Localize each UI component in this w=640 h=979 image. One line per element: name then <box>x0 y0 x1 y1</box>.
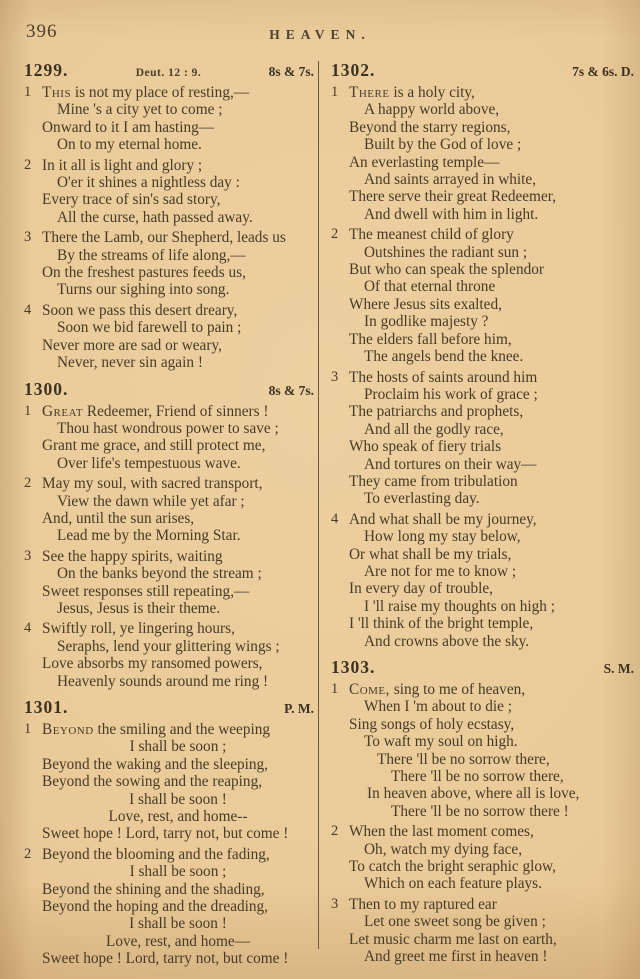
verse: 2The meanest child of gloryOutshines the… <box>331 226 634 365</box>
hymn-line: 3Then to my raptured ear <box>331 896 634 913</box>
hymn-line: Love absorbs my ransomed powers, <box>24 655 314 672</box>
verse: 2May my soul, with sacred transport,View… <box>24 475 314 545</box>
line-text: Or what shall be my trials, <box>349 546 511 563</box>
hymn-line: 1This is not my place of resting,— <box>24 84 314 101</box>
line-text: Redeemer, Friend of sinners ! <box>87 403 269 420</box>
line-text: All the curse, hath passed away. <box>57 209 253 226</box>
verse-number: 4 <box>331 511 338 528</box>
hymn-line: Sweet hope ! Lord, tarry not, but come ! <box>24 825 314 842</box>
line-text: In every day of trouble, <box>349 580 493 597</box>
verse-number: 1 <box>24 721 31 738</box>
hymn-line: I shall be soon ! <box>24 915 314 932</box>
hymn-line: Built by the God of love ; <box>331 136 634 153</box>
hymn-line: I shall be soon ! <box>24 791 314 808</box>
line-text: An everlasting temple— <box>349 154 499 171</box>
hymn-line: Heavenly sounds around me ring ! <box>24 673 314 690</box>
hymn-line: On the banks beyond the stream ; <box>24 565 314 582</box>
line-text: And tortures on their way— <box>364 456 536 473</box>
hymn-line: In godlike majesty ? <box>331 313 634 330</box>
hymn-line: Where Jesus sits exalted, <box>331 296 634 313</box>
hymn-line: View the dawn while yet afar ; <box>24 493 314 510</box>
hymn-line: And dwell with him in light. <box>331 206 634 223</box>
lead-word: This <box>42 84 71 101</box>
line-text: The hosts of saints around him <box>349 369 537 386</box>
line-text: To catch the bright seraphic glow, <box>349 858 556 875</box>
hymn-line: All the curse, hath passed away. <box>24 209 314 226</box>
hymn-line: There 'll be no sorrow there, <box>331 768 634 785</box>
line-text: Where Jesus sits exalted, <box>349 296 502 313</box>
hymn-line: But who can speak the splendor <box>331 261 634 278</box>
hymn-line: There 'll be no sorrow there, <box>331 751 634 768</box>
line-text: In godlike majesty ? <box>364 313 488 330</box>
line-text: Mine 's a city yet to come ; <box>57 101 222 118</box>
hymn-line: Beyond the shining and the shading, <box>24 881 314 898</box>
hymn-1302: 1302.7s & 6s. D.1There is a holy city,A … <box>331 60 634 650</box>
line-text: I shall be soon ; <box>130 738 227 755</box>
line-text: To everlasting day. <box>364 490 480 507</box>
hymn-line: 4Soon we pass this desert dreary, <box>24 302 314 319</box>
right-column: 1302.7s & 6s. D.1There is a holy city,A … <box>319 58 640 979</box>
hymn-line: Turns our sighing into song. <box>24 281 314 298</box>
line-text: Let music charm me last on earth, <box>349 931 557 948</box>
hymn-line: 2In it all is light and glory ; <box>24 157 314 174</box>
hymn-line: Love, rest, and home— <box>24 933 314 950</box>
line-text: Beyond the shining and the shading, <box>42 881 265 898</box>
hymn-line: Every trace of sin's sad story, <box>24 191 314 208</box>
line-text: sing to me of heaven, <box>394 681 525 698</box>
line-text: When the last moment comes, <box>349 823 534 840</box>
hymn-line: Never, never sin again ! <box>24 354 314 371</box>
line-text: There 'll be no sorrow there ! <box>391 803 569 820</box>
hymn-meter: P. M. <box>284 701 314 717</box>
line-text: On the freshest pastures feeds us, <box>42 264 246 281</box>
hymn-line: Onward to it I am hasting— <box>24 119 314 136</box>
verse-number: 1 <box>24 84 31 101</box>
verse: 2Beyond the blooming and the fading,I sh… <box>24 846 314 968</box>
verse: 2In it all is light and glory ;O'er it s… <box>24 157 314 227</box>
hymn-meter: 8s & 7s. <box>269 64 314 80</box>
hymn-line: A happy world above, <box>331 101 634 118</box>
line-text: On the banks beyond the stream ; <box>57 565 262 582</box>
line-text: And dwell with him in light. <box>364 206 538 223</box>
line-text: The meanest child of glory <box>349 226 514 243</box>
hymn-line: The patriarchs and prophets, <box>331 403 634 420</box>
scripture-reference: Deut. 12 : 9. <box>68 67 268 79</box>
hymn-line: 3The hosts of saints around him <box>331 369 634 386</box>
hymn-line: Seraphs, lend your glittering wings ; <box>24 638 314 655</box>
hymn-line: Jesus, Jesus is their theme. <box>24 600 314 617</box>
hymn-line: 2Beyond the blooming and the fading, <box>24 846 314 863</box>
hymn-meter: 7s & 6s. D. <box>572 64 634 80</box>
hymn-line: Are not for me to know ; <box>331 563 634 580</box>
hymn-line: 1Beyond the smiling and the weeping <box>24 721 314 738</box>
line-text: The patriarchs and prophets, <box>349 403 523 420</box>
hymn-header: 1303.S. M. <box>331 657 634 678</box>
verse-number: 3 <box>331 369 338 386</box>
hymn-line: 3There the Lamb, our Shepherd, leads us <box>24 229 314 246</box>
hymn-line: To catch the bright seraphic glow, <box>331 858 634 875</box>
text-columns: 1299.Deut. 12 : 9.8s & 7s.1This is not m… <box>0 58 640 979</box>
line-text: On to my eternal home. <box>57 136 202 153</box>
hymn-line: And saints arrayed in white, <box>331 171 634 188</box>
line-text: Are not for me to know ; <box>364 563 516 580</box>
verse-number: 2 <box>331 823 338 840</box>
line-text: Which on each feature plays. <box>364 875 542 892</box>
line-text: Sweet hope ! Lord, tarry not, but come ! <box>42 825 288 842</box>
line-text: See the happy spirits, waiting <box>42 548 223 565</box>
line-text: Onward to it I am hasting— <box>42 119 214 136</box>
left-column: 1299.Deut. 12 : 9.8s & 7s.1This is not m… <box>0 58 318 979</box>
line-text: Beyond the waking and the sleeping, <box>42 756 268 773</box>
line-text: View the dawn while yet afar ; <box>57 493 245 510</box>
lead-word: Come, <box>349 681 390 698</box>
hymn-line: In every day of trouble, <box>331 580 634 597</box>
verse-number: 2 <box>24 846 31 863</box>
hymn-line: Who speak of fiery trials <box>331 438 634 455</box>
verse: 1This is not my place of resting,—Mine '… <box>24 84 314 154</box>
verse-number: 2 <box>24 157 31 174</box>
hymn-header: 1301.P. M. <box>24 697 314 718</box>
verse: 4Soon we pass this desert dreary,Soon we… <box>24 302 314 372</box>
hymn-header: 1299.Deut. 12 : 9.8s & 7s. <box>24 60 314 81</box>
hymn-header: 1302.7s & 6s. D. <box>331 60 634 81</box>
verse-number: 4 <box>24 302 31 319</box>
verse: 3Then to my raptured earLet one sweet so… <box>331 896 634 966</box>
line-text: I shall be soon ; <box>130 863 227 880</box>
line-text: Love absorbs my ransomed powers, <box>42 655 262 672</box>
hymn-line: Sweet hope ! Lord, tarry not, but come ! <box>24 950 314 967</box>
line-text: Soon we pass this desert dreary, <box>42 302 237 319</box>
line-text: Every trace of sin's sad story, <box>42 191 220 208</box>
hymn-line: O'er it shines a nightless day : <box>24 174 314 191</box>
hymn-line: On the freshest pastures feeds us, <box>24 264 314 281</box>
lead-word: There <box>349 84 390 101</box>
line-text: Swiftly roll, ye lingering hours, <box>42 620 235 637</box>
hymn-line: Soon we bid farewell to pain ; <box>24 319 314 336</box>
line-text: How long my stay below, <box>364 528 521 545</box>
hymnal-page: 396 HEAVEN. 1299.Deut. 12 : 9.8s & 7s.1T… <box>0 0 640 979</box>
hymn-number: 1300. <box>24 379 68 400</box>
line-text: Then to my raptured ear <box>349 896 497 913</box>
hymn-line: Over life's tempestuous wave. <box>24 455 314 472</box>
line-text: Love, rest, and home-- <box>109 808 248 825</box>
line-text: May my soul, with sacred transport, <box>42 475 263 492</box>
line-text: But who can speak the splendor <box>349 261 544 278</box>
verse: 3See the happy spirits, waitingOn the ba… <box>24 548 314 618</box>
hymn-line: To everlasting day. <box>331 490 634 507</box>
line-text: I 'll raise my thoughts on high ; <box>364 598 555 615</box>
line-text: Of that eternal throne <box>364 278 495 295</box>
hymn-line: I 'll raise my thoughts on high ; <box>331 598 634 615</box>
line-text: I shall be soon ! <box>129 915 227 932</box>
verse-number: 4 <box>24 620 31 637</box>
hymn-line: The angels bend the knee. <box>331 348 634 365</box>
line-text: Soon we bid farewell to pain ; <box>57 319 241 336</box>
line-text: There 'll be no sorrow there, <box>391 768 564 785</box>
hymn-line: 4And what shall be my journey, <box>331 511 634 528</box>
hymn-line: 3See the happy spirits, waiting <box>24 548 314 565</box>
line-text: Beyond the hoping and the dreading, <box>42 898 268 915</box>
hymn-line: Love, rest, and home-- <box>24 808 314 825</box>
hymn-meter: 8s & 7s. <box>269 383 314 399</box>
line-text: To waft my soul on high. <box>364 733 518 750</box>
hymn-line: Or what shall be my trials, <box>331 546 634 563</box>
verse: 4Swiftly roll, ye lingering hours,Seraph… <box>24 620 314 690</box>
line-text: When I 'm about to die ; <box>364 698 512 715</box>
hymn-line: How long my stay below, <box>331 528 634 545</box>
hymn-line: In heaven above, where all is love, <box>331 785 634 802</box>
hymn-line: On to my eternal home. <box>24 136 314 153</box>
verse-number: 3 <box>331 896 338 913</box>
line-text: O'er it shines a nightless day : <box>57 174 240 191</box>
line-text: Lead me by the Morning Star. <box>57 527 241 544</box>
hymn-number: 1299. <box>24 60 68 81</box>
hymn-line: There serve their great Redeemer, <box>331 188 634 205</box>
hymn-line: To waft my soul on high. <box>331 733 634 750</box>
line-text: There the Lamb, our Shepherd, leads us <box>42 229 286 246</box>
hymn-1299: 1299.Deut. 12 : 9.8s & 7s.1This is not m… <box>24 60 314 372</box>
line-text: And what shall be my journey, <box>349 511 537 528</box>
line-text: Never, never sin again ! <box>57 354 203 371</box>
hymn-line: Mine 's a city yet to come ; <box>24 101 314 118</box>
line-text: Let one sweet song be given ; <box>364 913 546 930</box>
line-text: Never more are sad or weary, <box>42 337 222 354</box>
line-text: is not my place of resting,— <box>75 84 249 101</box>
hymn-line: And greet me first in heaven ! <box>331 948 634 965</box>
line-text: By the streams of life along,— <box>57 247 246 264</box>
hymn-line: Of that eternal throne <box>331 278 634 295</box>
line-text: is a holy city, <box>393 84 474 101</box>
verse-number: 2 <box>24 475 31 492</box>
line-text: the smiling and the weeping <box>98 721 270 738</box>
line-text: Outshines the radiant sun ; <box>364 244 527 261</box>
hymn-line: Thou hast wondrous power to save ; <box>24 420 314 437</box>
hymn-line: Lead me by the Morning Star. <box>24 527 314 544</box>
hymn-line: An everlasting temple— <box>331 154 634 171</box>
line-text: Grant me grace, and still protect me, <box>42 437 265 454</box>
verse: 1There is a holy city,A happy world abov… <box>331 84 634 223</box>
verse-number: 1 <box>331 84 338 101</box>
line-text: I shall be soon ! <box>129 791 227 808</box>
verse-number: 3 <box>24 548 31 565</box>
line-text: And crowns above the sky. <box>364 633 529 650</box>
line-text: There 'll be no sorrow there, <box>377 751 550 768</box>
hymn-header: 1300.8s & 7s. <box>24 379 314 400</box>
hymn-line: Oh, watch my dying face, <box>331 841 634 858</box>
hymn-line: Beyond the waking and the sleeping, <box>24 756 314 773</box>
hymn-line: 2The meanest child of glory <box>331 226 634 243</box>
hymn-number: 1301. <box>24 697 68 718</box>
hymn-line: Sweet responses still repeating,— <box>24 583 314 600</box>
hymn-line: 4Swiftly roll, ye lingering hours, <box>24 620 314 637</box>
hymn-line: Let music charm me last on earth, <box>331 931 634 948</box>
verse-number: 1 <box>331 681 338 698</box>
hymn-line: I shall be soon ; <box>24 863 314 880</box>
verse: 2When the last moment comes,Oh, watch my… <box>331 823 634 893</box>
hymn-line: 1There is a holy city, <box>331 84 634 101</box>
verse: 4And what shall be my journey,How long m… <box>331 511 634 650</box>
verse: 1Great Redeemer, Friend of sinners !Thou… <box>24 403 314 473</box>
hymn-line: 1Come, sing to me of heaven, <box>331 681 634 698</box>
hymn-line: Beyond the starry regions, <box>331 119 634 136</box>
verse: 3The hosts of saints around himProclaim … <box>331 369 634 508</box>
hymn-line: And crowns above the sky. <box>331 633 634 650</box>
verse-number: 1 <box>24 403 31 420</box>
line-text: Heavenly sounds around me ring ! <box>57 673 268 690</box>
line-text: The elders fall before him, <box>349 331 512 348</box>
hymn-line: Sing songs of holy ecstasy, <box>331 716 634 733</box>
lead-word: Great <box>42 403 83 420</box>
hymn-line: Beyond the sowing and the reaping, <box>24 773 314 790</box>
hymn-line: There 'll be no sorrow there ! <box>331 803 634 820</box>
line-text: Sweet responses still repeating,— <box>42 583 249 600</box>
line-text: Oh, watch my dying face, <box>364 841 522 858</box>
line-text: In heaven above, where all is love, <box>367 785 579 802</box>
hymn-line: When I 'm about to die ; <box>331 698 634 715</box>
hymn-line: Which on each feature plays. <box>331 875 634 892</box>
hymn-line: 2When the last moment comes, <box>331 823 634 840</box>
line-text: Beyond the blooming and the fading, <box>42 846 270 863</box>
verse-number: 3 <box>24 229 31 246</box>
lead-word: Beyond <box>42 721 94 738</box>
hymn-number: 1302. <box>331 60 375 81</box>
hymn-line: I 'll think of the bright temple, <box>331 615 634 632</box>
hymn-line: They came from tribulation <box>331 473 634 490</box>
hymn-line: 1Great Redeemer, Friend of sinners ! <box>24 403 314 420</box>
line-text: The angels bend the knee. <box>364 348 523 365</box>
hymn-1303: 1303.S. M.1Come, sing to me of heaven,Wh… <box>331 657 634 966</box>
line-text: Who speak of fiery trials <box>349 438 501 455</box>
line-text: And saints arrayed in white, <box>364 171 536 188</box>
verse: 1Beyond the smiling and the weepingI sha… <box>24 721 314 843</box>
hymn-line: And all the godly race, <box>331 421 634 438</box>
line-text: There serve their great Redeemer, <box>349 188 556 205</box>
page-header: 396 HEAVEN. <box>0 0 640 56</box>
hymn-line: Grant me grace, and still protect me, <box>24 437 314 454</box>
verse: 3There the Lamb, our Shepherd, leads usB… <box>24 229 314 299</box>
line-text: They came from tribulation <box>349 473 518 490</box>
line-text: Love, rest, and home— <box>106 933 250 950</box>
hymn-line: And, until the sun arises, <box>24 510 314 527</box>
line-text: And greet me first in heaven ! <box>364 948 548 965</box>
line-text: Turns our sighing into song. <box>57 281 229 298</box>
hymn-number: 1303. <box>331 657 375 678</box>
running-title: HEAVEN. <box>0 27 640 43</box>
line-text: And, until the sun arises, <box>42 510 194 527</box>
line-text: I 'll think of the bright temple, <box>349 615 533 632</box>
line-text: Seraphs, lend your glittering wings ; <box>57 638 280 655</box>
line-text: A happy world above, <box>364 101 499 118</box>
verse: 1Come, sing to me of heaven,When I 'm ab… <box>331 681 634 820</box>
hymn-1301: 1301.P. M.1Beyond the smiling and the we… <box>24 697 314 968</box>
hymn-line: By the streams of life along,— <box>24 247 314 264</box>
verse-number: 2 <box>331 226 338 243</box>
line-text: Proclaim his work of grace ; <box>364 386 538 403</box>
line-text: Sweet hope ! Lord, tarry not, but come ! <box>42 950 288 967</box>
line-text: Sing songs of holy ecstasy, <box>349 716 514 733</box>
line-text: Built by the God of love ; <box>364 136 521 153</box>
hymn-line: Let one sweet song be given ; <box>331 913 634 930</box>
hymn-line: 2May my soul, with sacred transport, <box>24 475 314 492</box>
hymn-1300: 1300.8s & 7s.1Great Redeemer, Friend of … <box>24 379 314 691</box>
line-text: In it all is light and glory ; <box>42 157 202 174</box>
hymn-meter: S. M. <box>604 661 634 677</box>
hymn-line: And tortures on their way— <box>331 456 634 473</box>
hymn-line: Beyond the hoping and the dreading, <box>24 898 314 915</box>
hymn-line: The elders fall before him, <box>331 331 634 348</box>
hymn-line: Never more are sad or weary, <box>24 337 314 354</box>
line-text: And all the godly race, <box>364 421 504 438</box>
line-text: Over life's tempestuous wave. <box>57 455 241 472</box>
hymn-line: I shall be soon ; <box>24 738 314 755</box>
line-text: Beyond the starry regions, <box>349 119 510 136</box>
line-text: Jesus, Jesus is their theme. <box>57 600 220 617</box>
hymn-line: Outshines the radiant sun ; <box>331 244 634 261</box>
line-text: Thou hast wondrous power to save ; <box>57 420 279 437</box>
line-text: Beyond the sowing and the reaping, <box>42 773 262 790</box>
hymn-line: Proclaim his work of grace ; <box>331 386 634 403</box>
